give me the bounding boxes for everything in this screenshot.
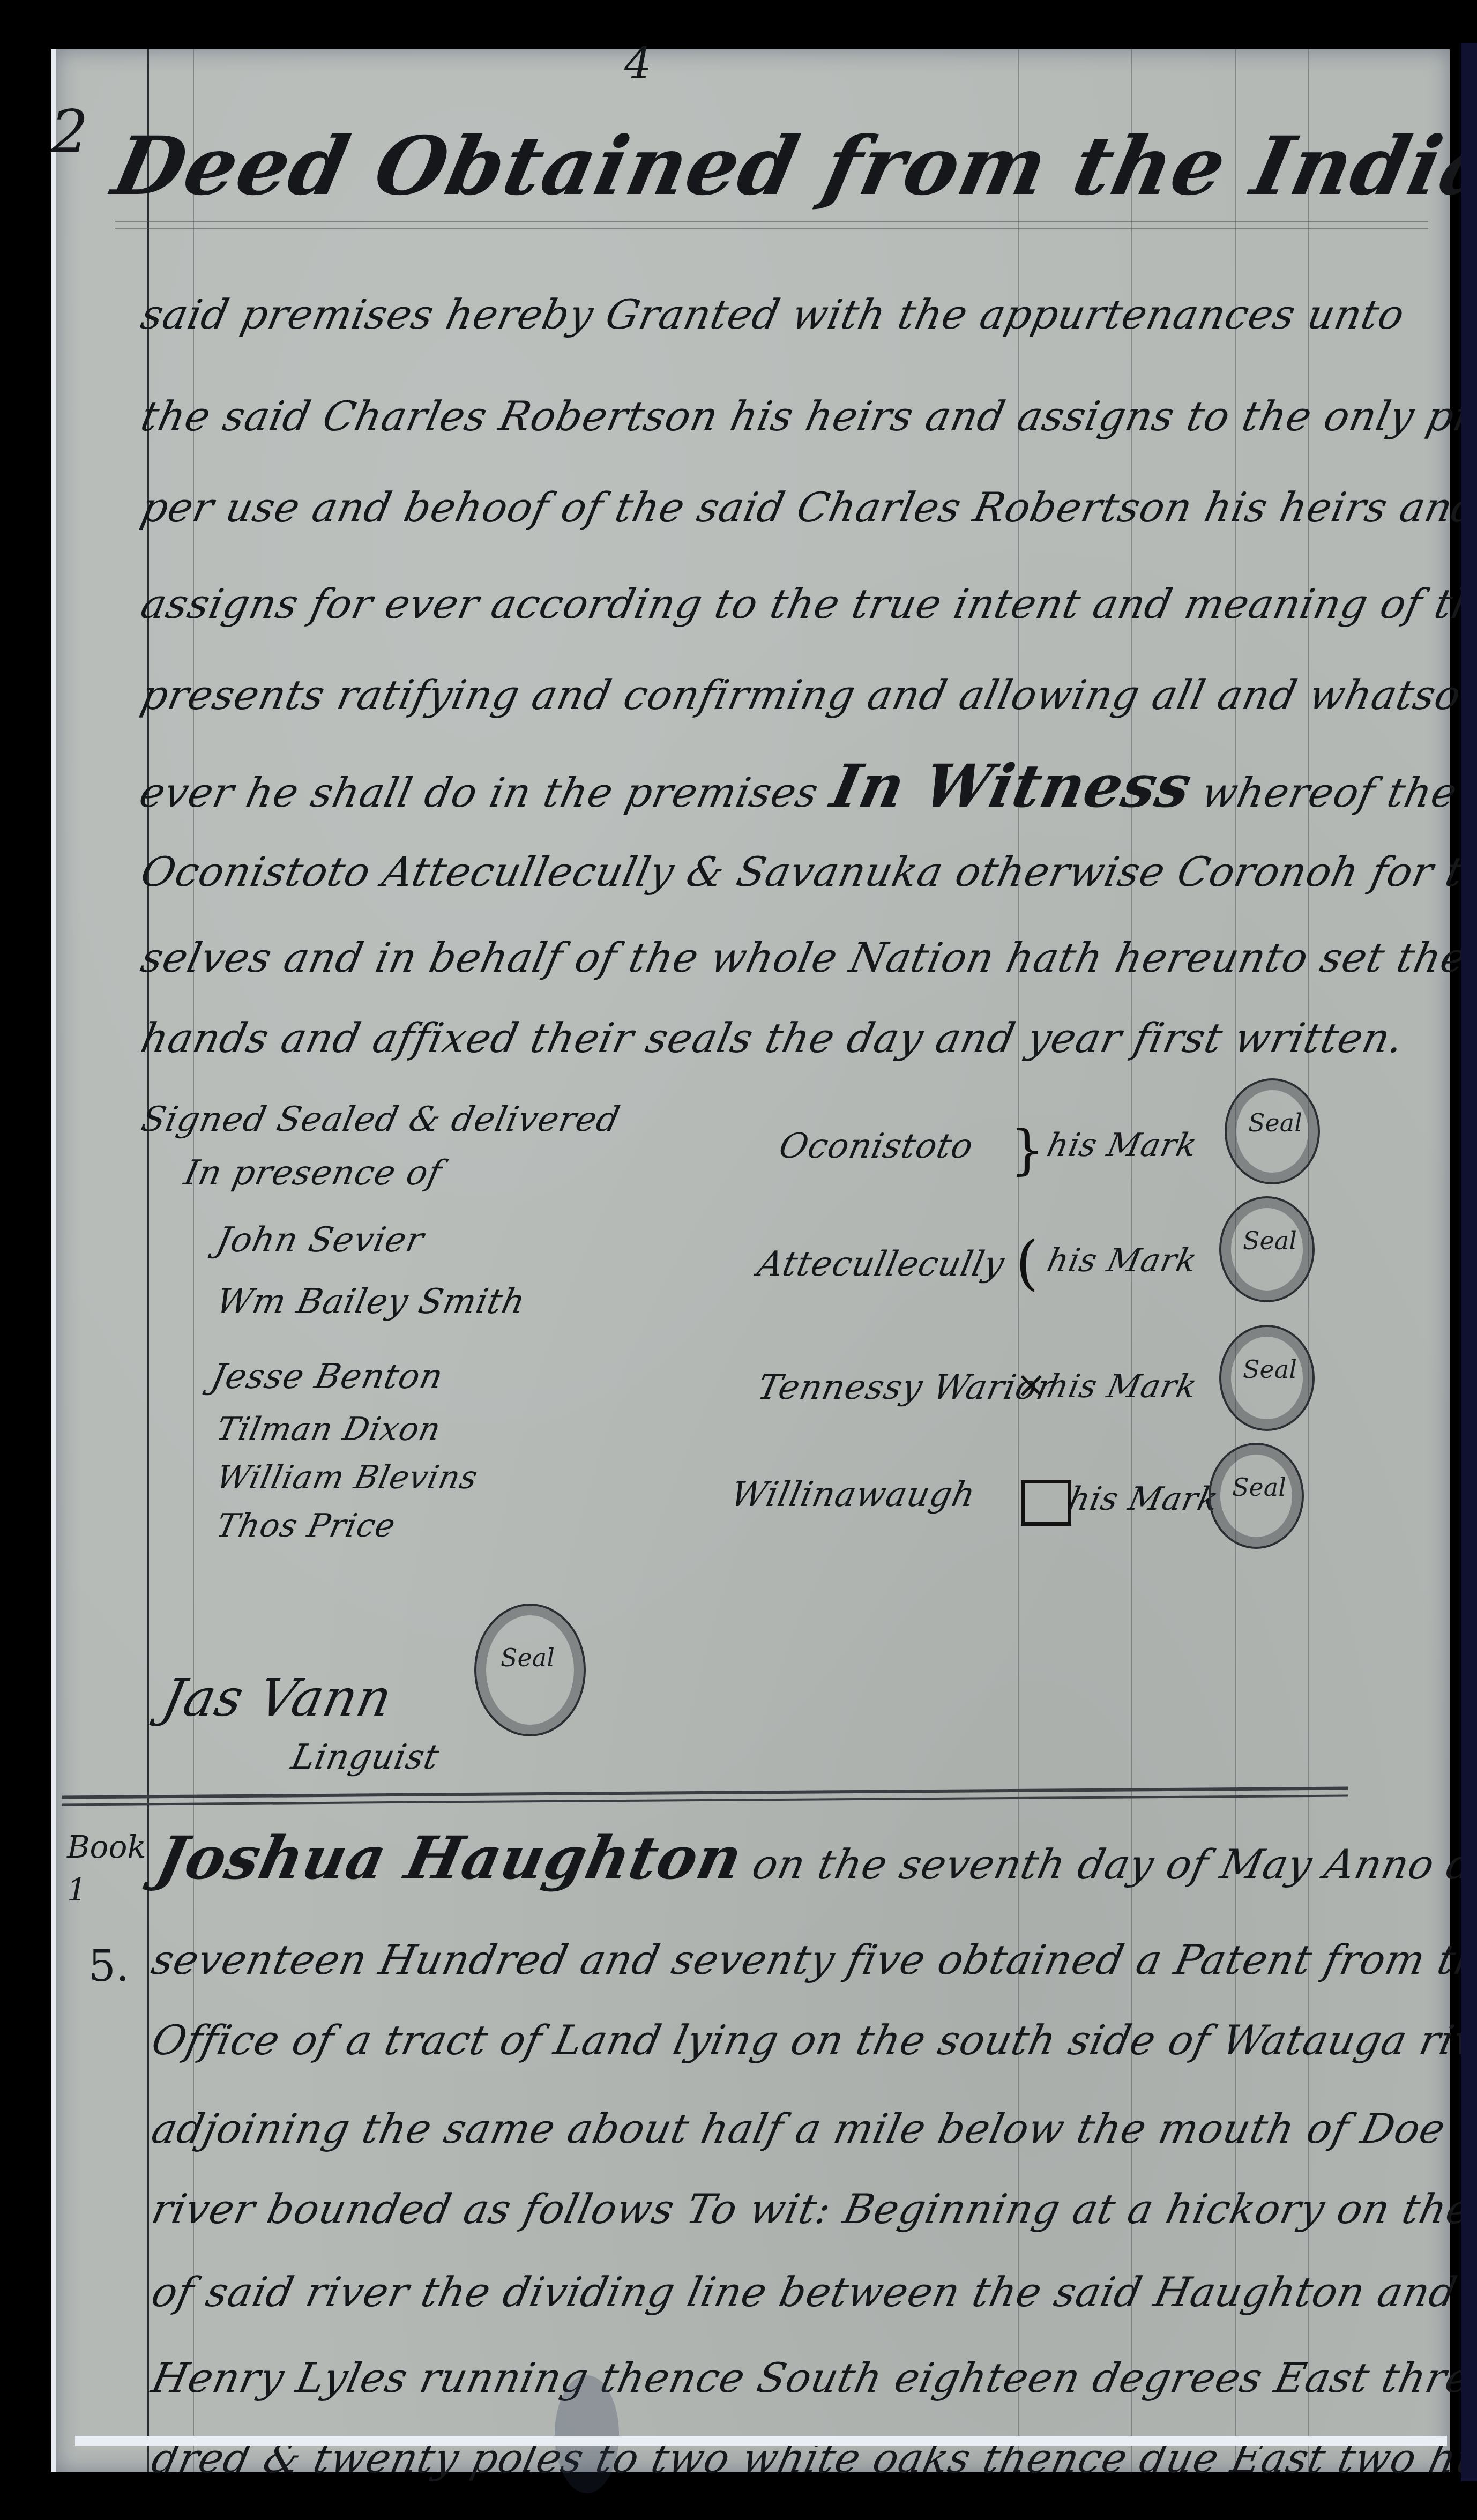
wax-seal-icon: Seal [1219,1325,1315,1431]
attestation-heading: Signed Sealed & delivered [138,1100,624,1139]
seal-label: Seal [501,1643,555,1672]
deed-line: selves and in behalf of the whole Nation… [137,934,1477,981]
deed-line: the said Charles Robertson his heirs and… [137,392,1477,440]
linguist-name: Jas Vann [157,1668,398,1728]
signatory-name: Tennessy Warior [754,1368,1058,1407]
entry-line: seventeen Hundred and seventy five obtai… [148,1936,1477,1984]
witness-name: William Blevins [213,1459,481,1496]
entry-line: Joshua Haughton on the seventh day of Ma… [151,1823,1477,1892]
seal-label: Seal [1248,1108,1302,1137]
crescent-mark-icon: ( [1016,1228,1039,1297]
signatory-name: Attecullecully [754,1244,1008,1284]
entry-line: river bounded as follows To wit: Beginni… [148,2185,1477,2233]
attestation-subheading: In presence of [181,1153,445,1193]
wax-seal-icon: Seal [1225,1078,1320,1184]
signatory-name: Oconistoto [775,1127,977,1166]
page-edge-bottom [75,2436,1447,2446]
page-number: 4 [624,39,652,88]
deed-line: ever he shall do in the premises In Witn… [135,751,1477,821]
ledger-page: 4 2 Deed Obtained from the Indians said … [51,49,1450,2472]
header-rule [115,228,1428,229]
deed-line-tail: whereof the said [1197,769,1477,816]
his-mark-label: his Mark [1065,1480,1222,1518]
signatory-name: Willinawaugh [727,1475,979,1515]
witness-name: Tilman Dixon [213,1411,445,1448]
entry-line: of said river the dividing line between … [148,2268,1461,2316]
ink-stain [555,2375,619,2493]
page-edge-right [1461,43,1477,2481]
margin-entry-number: 5. [88,1941,129,1991]
page-heading: Deed Obtained from the Indians [105,119,1477,213]
deed-line: Oconistoto Attecullecully & Savanuka oth… [137,848,1477,896]
box-mark-icon [1021,1480,1071,1526]
linguist-role: Linguist [288,1738,443,1777]
deed-line: hands and affixed their seals the day an… [137,1014,1408,1062]
entry-line-tail: on the seventh day of May Anno domini [748,1840,1477,1888]
header-rule [115,221,1428,222]
wax-seal-icon: Seal [1219,1196,1315,1302]
seal-label: Seal [1232,1473,1286,1502]
entry-line: Office of a tract of Land lying on the s… [148,2016,1477,2064]
corner-mark: 2 [51,98,88,166]
deed-line: presents ratifying and confirming and al… [137,671,1477,719]
seal-label: Seal [1243,1226,1297,1255]
witness-name: Wm Bailey Smith [213,1282,529,1322]
witness-name: John Sevier [213,1220,428,1260]
in-witness-emphasis: In Witness [825,751,1198,821]
deed-line: said premises hereby Granted with the ap… [137,290,1409,338]
his-mark-label: his Mark [1044,1127,1201,1164]
witness-name: Jesse Benton [207,1357,447,1397]
deed-line: assigns for ever according to the true i… [137,580,1477,628]
deed-line-text: ever he shall do in the premises [136,769,823,816]
margin-book-number: 1 [67,1872,87,1908]
wax-seal-icon: Seal [474,1604,586,1736]
brace-mark-icon: } [1010,1119,1045,1181]
his-mark-label: his Mark [1044,1368,1201,1405]
margin-book-label: Book [67,1829,146,1865]
his-mark-label: his Mark [1044,1242,1201,1279]
wax-seal-icon: Seal [1209,1443,1304,1549]
deed-line: per use and behoof of the said Charles R… [137,483,1477,531]
entry-line: adjoining the same about half a mile bel… [148,2105,1450,2152]
seal-label: Seal [1243,1355,1297,1384]
witness-name: Thos Price [213,1507,399,1545]
entry-line: Henry Lyles running thence South eightee… [148,2354,1477,2402]
grantee-name: Joshua Haughton [151,1823,749,1892]
x-mark-icon: × [1016,1362,1047,1406]
